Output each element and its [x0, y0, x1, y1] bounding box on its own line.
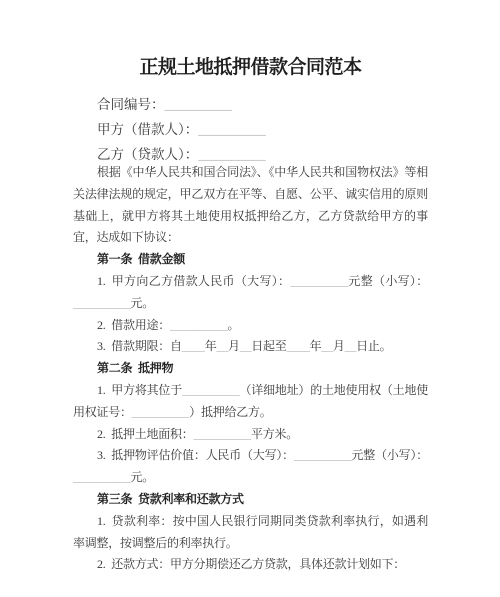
contract-document-page: 正规土地抵押借款合同范本 合同编号：__________ 甲方（借款人）：___… — [0, 0, 500, 597]
section-2-item-appraised-value: 3. 抵押物评估价值：人民币（大写）：__________元整（小写）：____… — [73, 445, 428, 489]
section-2-item-land-use-right: 1. 甲方将其位于__________（详细地址）的土地使用权（土地使用权证号：… — [73, 380, 428, 424]
blank-underline: __________ — [194, 427, 252, 441]
blank-underline: __________ — [198, 122, 266, 137]
blank-underline: __ — [217, 339, 229, 353]
section-1-item-loan-term: 3. 借款期限：自____年__月__日起至____年__月__日止。 — [73, 336, 428, 358]
blank-underline: __ — [345, 339, 357, 353]
party-a-borrower-line: 甲方（借款人）：__________ — [73, 117, 428, 142]
blank-underline: __ — [240, 339, 252, 353]
blank-underline: __________ — [73, 296, 131, 310]
document-title: 正规土地抵押借款合同范本 — [73, 54, 428, 82]
preamble-paragraph: 根据《中华人民共和国合同法》、《中华人民共和国物权法》等相关法律法规的规定，甲乙… — [73, 162, 428, 249]
section-3-item-repayment-method: 2. 还款方式：甲方分期偿还乙方贷款，具体还款计划如下： — [73, 554, 428, 576]
section-1-item-loan-purpose: 2. 借款用途：__________。 — [73, 315, 428, 337]
section-1-item-loan-amount: 1. 甲方向乙方借款人民币（大写）：__________元整（小写）：_____… — [73, 271, 428, 315]
blank-underline: __________ — [73, 470, 131, 484]
meta-block: 合同编号：__________ 甲方（借款人）：__________ 乙方（贷款… — [73, 92, 428, 167]
section-2-item-land-area: 2. 抵押土地面积：__________平方米。 — [73, 424, 428, 446]
section-3-item-interest-rate: 1. 贷款利率：按中国人民银行同期同类贷款利率执行，如遇利率调整，按调整后的利率… — [73, 511, 428, 555]
blank-underline: ____ — [182, 339, 205, 353]
contract-number-line: 合同编号：__________ — [73, 92, 428, 117]
blank-underline: __________ — [132, 405, 190, 419]
section-3-heading-interest-repayment: 第三条 贷款利率和还款方式 — [73, 489, 428, 511]
blank-underline: __ — [321, 339, 333, 353]
blank-underline: __________ — [294, 448, 352, 462]
blank-underline: __________ — [165, 97, 233, 112]
section-2-heading-collateral: 第二条 抵押物 — [73, 358, 428, 380]
blank-underline: __________ — [170, 318, 228, 332]
blank-underline: ____ — [287, 339, 310, 353]
section-1-heading-loan-amount: 第一条 借款金额 — [73, 249, 428, 271]
blank-underline: __________ — [182, 383, 240, 397]
blank-underline: __________ — [198, 147, 266, 162]
blank-underline: __________ — [290, 274, 348, 288]
